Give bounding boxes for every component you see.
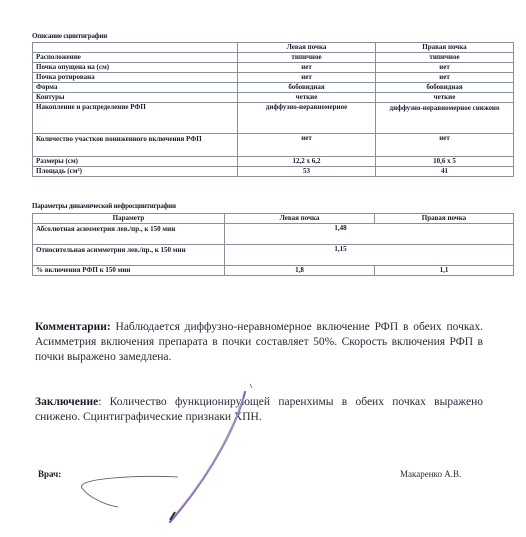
row-label: % включения РФП к 150 мин [33, 266, 225, 276]
asymmetry-value: 1,15 [225, 245, 514, 266]
table-row: Размеры (см) 12,2 x 6,2 10,6 x 5 [33, 157, 514, 167]
header-cell: Правая почка [376, 43, 514, 53]
asymmetry-value: 1,48 [225, 224, 514, 245]
table-header-row: Параметр Левая почка Правая почка [33, 214, 514, 224]
right-kidney-value: нет [376, 63, 514, 73]
table-row: Площадь (см²) 53 41 [33, 167, 514, 177]
table-row: Почка опущена на (см) нет нет [33, 63, 514, 73]
comment-label: Комментарии: [35, 321, 111, 333]
right-kidney-value: бобовидная [376, 83, 514, 93]
table-row: Абсолютная асимметрия лев./пр., к 150 ми… [33, 224, 514, 245]
conclusion-label: Заключение [35, 396, 98, 408]
left-kidney-value: типичное [238, 53, 376, 63]
table-row: % включения РФП к 150 мин 1,8 1,1 [33, 266, 514, 276]
left-kidney-value: нет [238, 134, 376, 157]
doctor-name: Макаренко А.В. [400, 469, 461, 479]
conclusion-paragraph: Заключение: Количество функционирующей п… [35, 395, 483, 425]
dynamic-parameters-table: Параметр Левая почка Правая почка Абсолю… [32, 213, 514, 276]
left-kidney-value: нет [238, 73, 376, 83]
header-cell: Левая почка [238, 43, 376, 53]
row-label: Относительная асимметрия лев./пр., к 150… [33, 245, 225, 266]
table-row: Количество участков пониженного включени… [33, 134, 514, 157]
right-kidney-value: 41 [376, 167, 514, 177]
row-label: Размеры (см) [33, 157, 238, 167]
dynamic-nephroscintigraphy-title: Параметры динамической нефросцинтиграфии [32, 202, 176, 210]
right-kidney-value: нет [376, 134, 514, 157]
table-row: Относительная асимметрия лев./пр., к 150… [33, 245, 514, 266]
row-label: Почка ротирована [33, 73, 238, 83]
header-cell: Левая почка [225, 214, 375, 224]
right-kidney-value: диффузно-неравномерное снижено [376, 103, 514, 134]
scintigraphy-description-title: Описание сцинтиграфии [32, 32, 107, 40]
table-row: Форма бобовидная бобовидная [33, 83, 514, 93]
comment-paragraph: Комментарии: Наблюдается диффузно-неравн… [35, 320, 483, 365]
right-kidney-value: типичное [376, 53, 514, 63]
table-row: Накопление и распределение РФП диффузно-… [33, 103, 514, 134]
row-label: Контуры [33, 93, 238, 103]
doctor-label: Врач: [38, 469, 61, 479]
table-header-row: Левая почка Правая почка [33, 43, 514, 53]
row-label: Площадь (см²) [33, 167, 238, 177]
row-label: Абсолютная асимметрия лев./пр., к 150 ми… [33, 224, 225, 245]
right-kidney-value: 10,6 x 5 [376, 157, 514, 167]
row-label: Почка опущена на (см) [33, 63, 238, 73]
left-kidney-value: 12,2 x 6,2 [238, 157, 376, 167]
conclusion-text: : Количество функционирующей паренхимы в… [35, 396, 483, 423]
table-row: Почка ротирована нет нет [33, 73, 514, 83]
left-kidney-value: нет [238, 63, 376, 73]
table-row: Контуры четкие четкие [33, 93, 514, 103]
right-kidney-value: 1,1 [375, 266, 514, 276]
scintigraphy-table: Левая почка Правая почка Расположение ти… [32, 42, 514, 177]
header-cell: Параметр [33, 214, 225, 224]
right-kidney-value: нет [376, 73, 514, 83]
left-kidney-value: четкие [238, 93, 376, 103]
left-kidney-value: диффузно-неравномерное [238, 103, 376, 134]
header-cell: Правая почка [375, 214, 514, 224]
table-row: Расположение типичное типичное [33, 53, 514, 63]
header-cell [33, 43, 238, 53]
row-label: Количество участков пониженного включени… [33, 134, 238, 157]
row-label: Форма [33, 83, 238, 93]
left-kidney-value: 1,8 [225, 266, 375, 276]
row-label: Накопление и распределение РФП [33, 103, 238, 134]
left-kidney-value: бобовидная [238, 83, 376, 93]
row-label: Расположение [33, 53, 238, 63]
right-kidney-value: четкие [376, 93, 514, 103]
left-kidney-value: 53 [238, 167, 376, 177]
